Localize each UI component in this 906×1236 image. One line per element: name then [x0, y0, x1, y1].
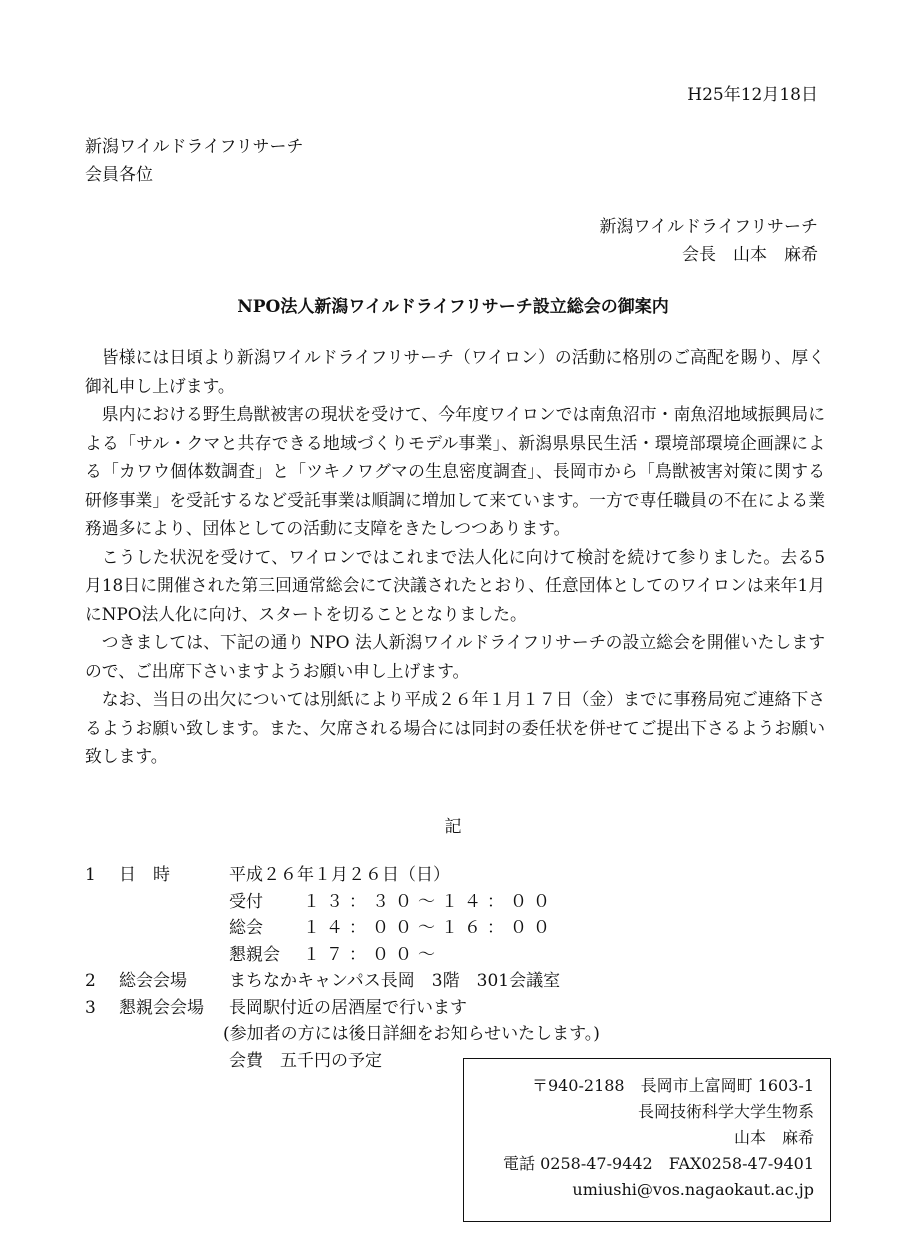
document-title: NPO法人新潟ワイルドライフリサーチ設立総会の御案内 — [0, 292, 906, 317]
ki-heading: 記 — [0, 812, 906, 837]
contact-name: 山本 麻希 — [503, 1125, 814, 1151]
contact-phone-fax: 電話 0258-47-9442 FAX0258-47-9401 — [503, 1151, 814, 1177]
party-note: (参加者の方には後日詳細をお知らせいたします。) — [223, 1021, 600, 1048]
contact-address: 〒940-2188 長岡市上富岡町 1603-1 — [503, 1073, 814, 1099]
body-text: 皆様には日頃より新潟ワイルドライフリサーチ（ワイロン）の活動に格別のご高配を賜り… — [85, 343, 825, 771]
body-paragraph: つきましては、下記の通り NPO 法人新潟ワイルドライフリサーチの設立総会を開催… — [85, 628, 825, 685]
addressee-block: 新潟ワイルドライフリサーチ 会員各位 — [85, 133, 303, 189]
item-number: 2 — [85, 968, 119, 995]
sender-org: 新潟ワイルドライフリサーチ — [600, 213, 818, 241]
schedule-key: 総会 — [229, 915, 303, 942]
item-value: 長岡駅付近の居酒屋で行います — [229, 995, 467, 1022]
schedule-key: 懇親会 — [229, 942, 303, 969]
item-label: 懇親会会場 — [119, 995, 229, 1022]
detail-item-datetime: 1 日 時 平成２６年１月２６日（日） — [85, 862, 600, 889]
contact-box: 〒940-2188 長岡市上富岡町 1603-1 長岡技術科学大学生物系 山本 … — [463, 1058, 831, 1222]
addressee-org: 新潟ワイルドライフリサーチ — [85, 133, 303, 161]
schedule-meeting: 総会１４：００～１６：００ — [85, 915, 600, 942]
item-number: 1 — [85, 862, 119, 889]
party-note-row: (参加者の方には後日詳細をお知らせいたします。) — [85, 1021, 600, 1048]
addressee-to: 会員各位 — [85, 161, 303, 189]
body-paragraph: 皆様には日頃より新潟ワイルドライフリサーチ（ワイロン）の活動に格別のご高配を賜り… — [85, 343, 825, 400]
item-number: 3 — [85, 995, 119, 1022]
body-paragraph: なお、当日の出欠については別紙により平成２６年１月１７日（金）までに事務局宛ご連… — [85, 685, 825, 771]
schedule-time: １７：００～ — [303, 942, 441, 969]
item-value: まちなかキャンパス長岡 3階 301会議室 — [229, 968, 560, 995]
item-label: 日 時 — [119, 862, 229, 889]
details-list: 1 日 時 平成２６年１月２６日（日） 受付１３：３０～１４：００ 総会１４：０… — [85, 862, 600, 1074]
schedule-time: １３：３０～１４：００ — [303, 889, 556, 916]
schedule-party: 懇親会１７：００～ — [85, 942, 600, 969]
item-label: 総会会場 — [119, 968, 229, 995]
body-paragraph: こうした状況を受けて、ワイロンではこれまで法人化に向けて検討を続けて参りました。… — [85, 543, 825, 629]
sender-block: 新潟ワイルドライフリサーチ 会長 山本 麻希 — [600, 213, 818, 269]
body-paragraph: 県内における野生鳥獣被害の現状を受けて、今年度ワイロンでは南魚沼市・南魚沼地域振… — [85, 400, 825, 543]
schedule-reception: 受付１３：３０～１４：００ — [85, 889, 600, 916]
sender-name: 会長 山本 麻希 — [600, 241, 818, 269]
item-value: 平成２６年１月２６日（日） — [229, 862, 450, 889]
contact-email[interactable]: umiushi@vos.nagaokaut.ac.jp — [503, 1177, 814, 1203]
party-fee: 会費 五千円の予定 — [229, 1048, 382, 1075]
detail-item-party-venue: 3 懇親会会場 長岡駅付近の居酒屋で行います — [85, 995, 600, 1022]
detail-item-venue: 2 総会会場 まちなかキャンパス長岡 3階 301会議室 — [85, 968, 600, 995]
document-date: H25年12月18日 — [687, 80, 818, 105]
schedule-time: １４：００～１６：００ — [303, 915, 556, 942]
schedule-key: 受付 — [229, 889, 303, 916]
contact-affiliation: 長岡技術科学大学生物系 — [503, 1099, 814, 1125]
